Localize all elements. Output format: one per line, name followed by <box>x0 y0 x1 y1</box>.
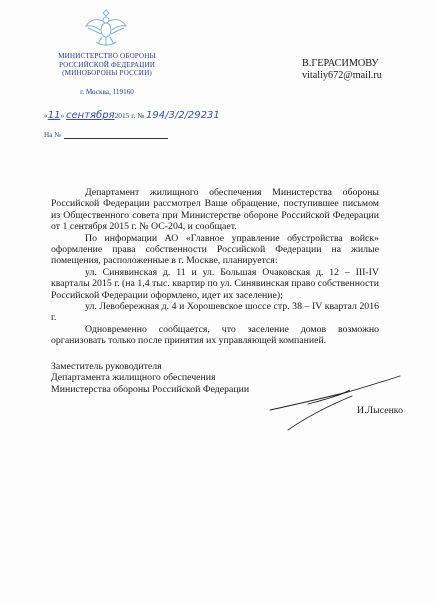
ministry-line-3: (МИНОБОРОНЫ РОССИИ) <box>40 69 174 78</box>
outgoing-number: 194/3/2/29231 <box>146 110 220 121</box>
addressee: В.ГЕРАСИМОВУ vitaliy672@mail.ru <box>302 58 382 82</box>
paragraph: Департамент жилищного обеспечения Минист… <box>51 187 379 233</box>
signatory-title: Заместитель руководителя Департамента жи… <box>51 361 249 395</box>
paragraph: ул. Левобережная д. 4 и Хорошевское шосс… <box>51 301 379 324</box>
ministry-line-1: МИНИСТЕРСТВО ОБОРОНЫ <box>40 52 174 61</box>
letter-body: Департамент жилищного обеспечения Минист… <box>51 187 379 347</box>
ref-blank-rule <box>64 138 168 139</box>
date-month: сентября <box>66 110 115 121</box>
ministry-line-2: РОССИЙСКОЙ ФЕДЕРАЦИИ <box>40 61 174 70</box>
letter-page: МИНИСТЕРСТВО ОБОРОНЫ РОССИЙСКОЙ ФЕДЕРАЦИ… <box>0 0 436 604</box>
title-line-3: Министерства обороны Российской Федераци… <box>51 384 249 395</box>
paragraph: ул. Синявинская д. 11 и ул. Большая Очак… <box>51 267 379 301</box>
title-line-1: Заместитель руководителя <box>51 361 249 372</box>
date-number-line: «11» сентября2015 г. № 194/3/2/29231 <box>44 110 220 121</box>
eagle-emblem-icon <box>84 8 128 48</box>
city-zip: г. Москва, 119160 <box>40 88 174 96</box>
addressee-name: В.ГЕРАСИМОВУ <box>302 58 382 70</box>
date-year: 2015 г. № <box>115 111 145 120</box>
signature-icon <box>268 370 428 450</box>
paragraph: По информации АО «Главное управление обу… <box>51 233 379 267</box>
quote-close: » <box>60 111 64 120</box>
paragraph: Одновременно сообщается, что заселение д… <box>51 324 379 347</box>
date-day: 11 <box>48 110 61 121</box>
title-line-2: Департамента жилищного обеспечения <box>51 372 249 383</box>
ministry-name: МИНИСТЕРСТВО ОБОРОНЫ РОССИЙСКОЙ ФЕДЕРАЦИ… <box>40 52 174 78</box>
ref-label: На № <box>44 131 61 139</box>
reference-line: На № <box>44 131 168 139</box>
addressee-email: vitaliy672@mail.ru <box>302 70 382 82</box>
signer-name: И.Лысенко <box>357 405 403 416</box>
